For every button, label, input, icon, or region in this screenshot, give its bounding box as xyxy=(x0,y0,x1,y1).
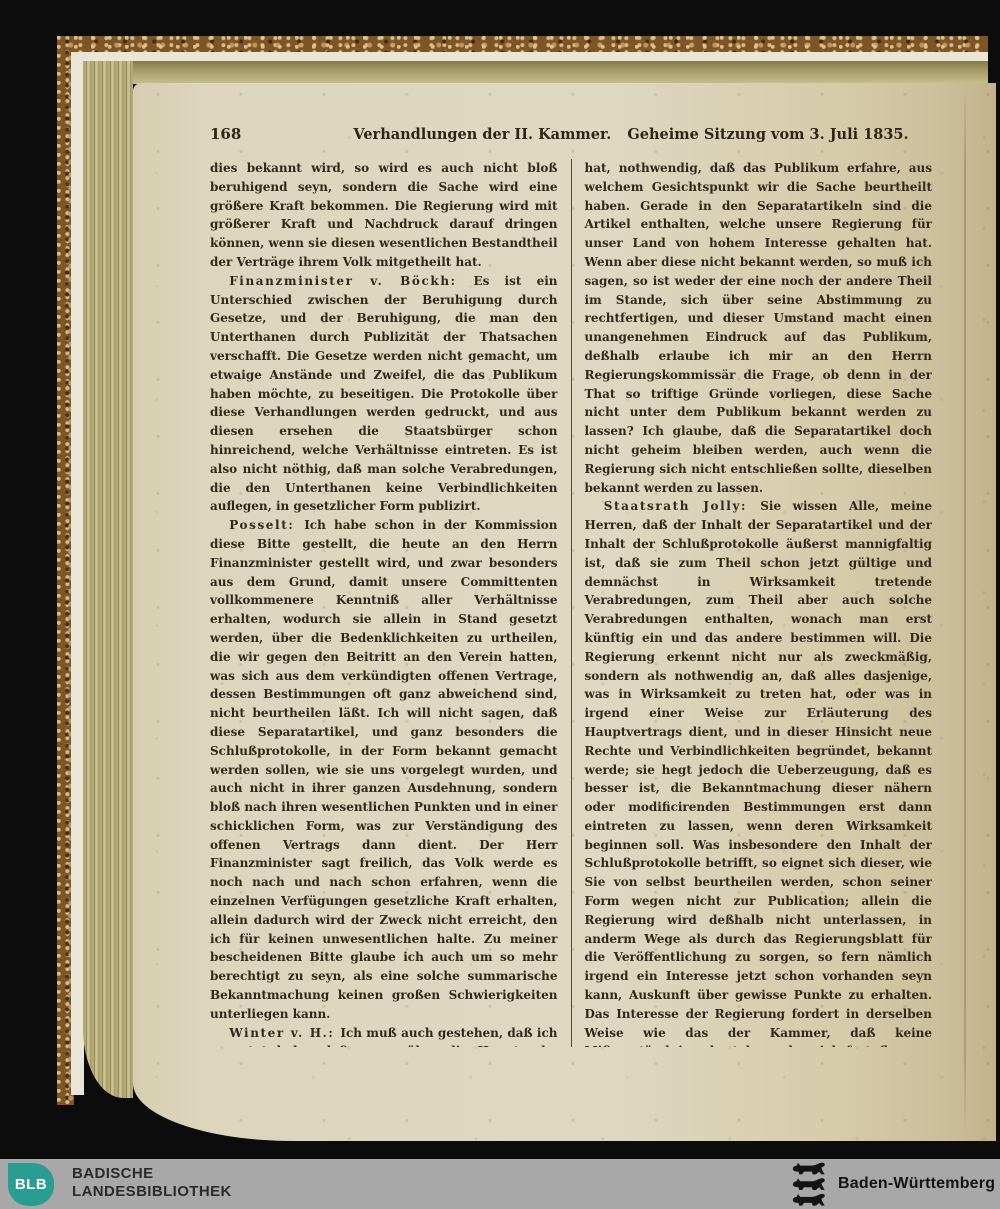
page-header-title-right: Geheime Sitzung vom 3. Juli 1835. xyxy=(627,126,908,143)
text-column-right: hat, nothwendig, daß das Publikum erfahr… xyxy=(572,159,933,1047)
page-number: 168 xyxy=(210,125,330,143)
text-paragraph: Posselt: Ich habe schon in der Kommissio… xyxy=(210,516,558,1024)
scan-viewer-stage: 168 Verhandlungen der II. Kammer.Geheime… xyxy=(0,0,1000,1209)
text-paragraph: Winter v. H.: Ich muß auch gestehen, daß… xyxy=(210,1024,558,1047)
text-paragraph: dies bekannt wird, so wird es auch nicht… xyxy=(210,159,558,272)
book-cover-top-edge xyxy=(57,36,988,53)
library-name: BADISCHE LANDESBIBLIOTHEK xyxy=(72,1165,232,1201)
page-header-title-left: Verhandlungen der II. Kammer. xyxy=(353,126,611,143)
book-page-stack-left-edge xyxy=(83,61,133,1098)
page-header: 168 Verhandlungen der II. Kammer.Geheime… xyxy=(210,125,932,143)
coat-of-arms-icon xyxy=(790,1161,828,1207)
state-name: Baden-Württemberg xyxy=(838,1175,995,1193)
blb-logo: BLB xyxy=(8,1163,54,1206)
page-header-title: Verhandlungen der II. Kammer.Geheime Sit… xyxy=(330,126,932,143)
page-gutter-fold xyxy=(964,89,966,1133)
speaker-name: Finanzminister v. Böckh: xyxy=(229,274,473,288)
speaker-name: Winter v. H.: xyxy=(229,1026,340,1040)
state-logo-group: Baden-Württemberg xyxy=(790,1161,995,1207)
text-paragraph: hat, nothwendig, daß das Publikum erfahr… xyxy=(585,159,933,497)
text-columns: dies bekannt wird, so wird es auch nicht… xyxy=(210,159,932,1047)
text-column-left: dies bekannt wird, so wird es auch nicht… xyxy=(210,159,571,1047)
scanned-page: 168 Verhandlungen der II. Kammer.Geheime… xyxy=(133,83,996,1141)
library-name-line2: LANDESBIBLIOTHEK xyxy=(72,1183,232,1201)
library-name-line1: BADISCHE xyxy=(72,1165,232,1183)
text-paragraph: Finanzminister v. Böckh: Es ist ein Unte… xyxy=(210,272,558,516)
text-paragraph: Staatsrath Jolly: Sie wissen Alle, meine… xyxy=(585,497,933,1047)
speaker-name: Posselt: xyxy=(229,518,304,532)
footer-bar: BLB BADISCHE LANDESBIBLIOTHEK Baden-Würt… xyxy=(0,1159,1000,1209)
speaker-name: Staatsrath Jolly: xyxy=(604,499,761,513)
book-page-stack-top-edge xyxy=(83,61,988,84)
